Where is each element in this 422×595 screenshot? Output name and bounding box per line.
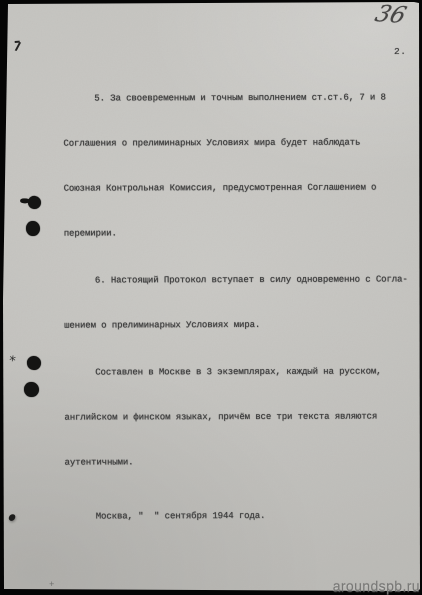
- ink-blot-1: [27, 195, 42, 210]
- plus-mark: +: [49, 580, 54, 590]
- ink-mark-top-left: [12, 39, 24, 53]
- ink-blot-4: [24, 382, 39, 397]
- text-line-clause6-1: 6. Настоящий Протокол вступает в силу од…: [64, 272, 416, 288]
- text-line-clause5-1: 5. За своевременным и точным выполнением…: [63, 90, 415, 106]
- ink-blot-3: [26, 355, 41, 370]
- text-line-clause5-2: Соглашения о прелиминарных Условиях мира…: [63, 135, 415, 151]
- paper-sheet: 36 2. 5. За своевременным и точным выпол…: [0, 0, 422, 595]
- text-line-copies-3: аутентичными.: [65, 454, 417, 470]
- ink-blot-2: [26, 221, 40, 236]
- typed-page-number: 2.: [394, 46, 406, 57]
- handwritten-page-number: 36: [372, 1, 409, 29]
- smudge-mark: [8, 513, 16, 522]
- text-line-copies-1: Составлен в Москве в 3 экземплярах, кажд…: [64, 364, 416, 380]
- scanned-document-page: 36 2. 5. За своевременным и точным выпол…: [0, 0, 422, 595]
- text-line-clause5-3: Союзная Контрольная Комиссия, предусмотр…: [64, 180, 416, 196]
- text-line-clause5-4: перемирии.: [64, 225, 416, 241]
- watermark: aroundspb.ru: [333, 578, 420, 594]
- ink-mark-flag: [15, 41, 20, 43]
- document-text-block: 5. За своевременным и точным выполнением…: [63, 60, 417, 554]
- text-line-copies-2: английском и финском языках, причём все …: [64, 409, 416, 425]
- text-line-clause6-2: шением о прелиминарных Условиях мира.: [64, 317, 416, 333]
- ink-mark-stem: [15, 42, 21, 51]
- text-line-moscow-date: Москва, " " сентября 1944 года.: [65, 508, 417, 524]
- asterisk-mark: *: [8, 354, 17, 370]
